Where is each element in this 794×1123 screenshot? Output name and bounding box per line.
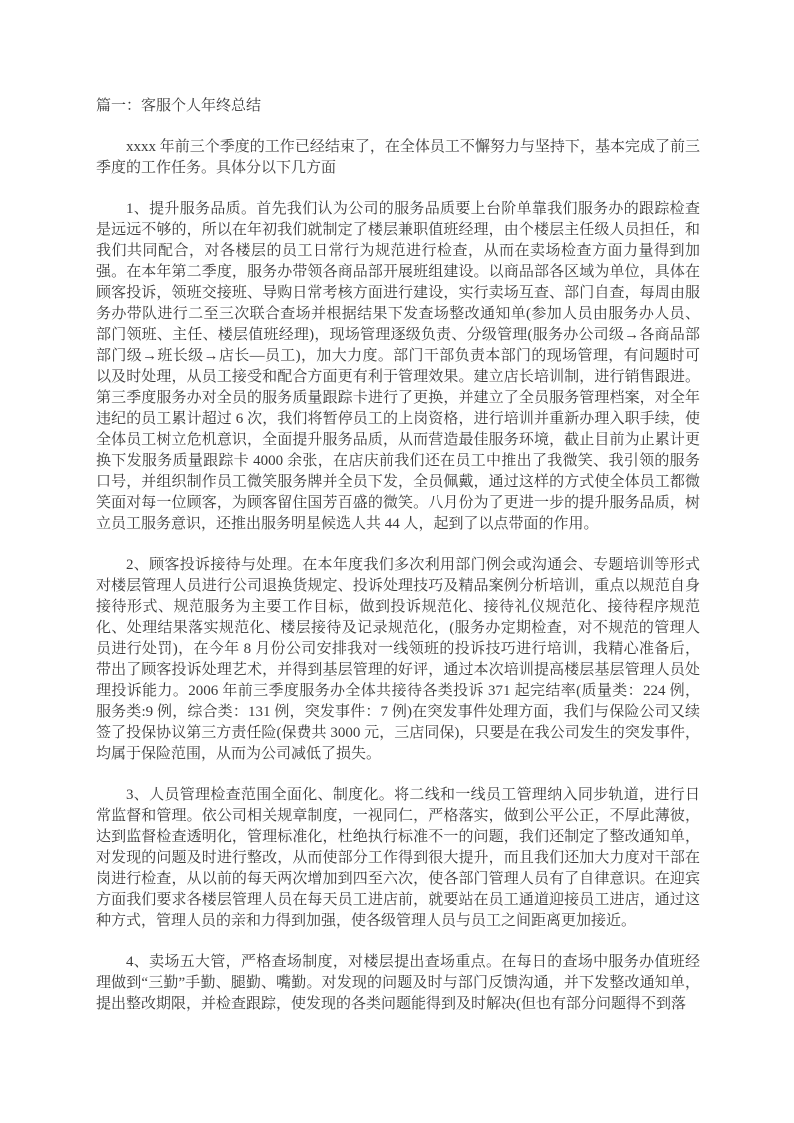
document-content: 篇一：客服个人年终总结 xxxx 年前三个季度的工作已经结束了，在全体员工不懈努… — [96, 96, 700, 1035]
paragraph-section-4-floor-inspection: 4、卖场五大管，严格查场制度，对楼层提出查场重点。在每日的查场中服务办值班经理做… — [96, 952, 700, 1015]
paragraph-section-1-service-quality: 1、提升服务品质。首先我们认为公司的服务品质要上台阶单靠我们服务办的跟踪检查是远… — [96, 199, 700, 535]
document-page: 篇一：客服个人年终总结 xxxx 年前三个季度的工作已经结束了，在全体员工不懈努… — [0, 0, 794, 1123]
paragraph-intro: xxxx 年前三个季度的工作已经结束了，在全体员工不懈努力与坚持下，基本完成了前… — [96, 137, 700, 179]
paragraph-section-3-personnel-management: 3、人员管理检查范围全面化、制度化。将二线和一线员工管理纳入同步轨道，进行日常监… — [96, 785, 700, 932]
document-title: 篇一：客服个人年终总结 — [96, 96, 700, 117]
paragraph-section-2-complaint-handling: 2、顾客投诉接待与处理。在本年度我们多次利用部门例会或沟通会、专题培训等形式对楼… — [96, 555, 700, 765]
